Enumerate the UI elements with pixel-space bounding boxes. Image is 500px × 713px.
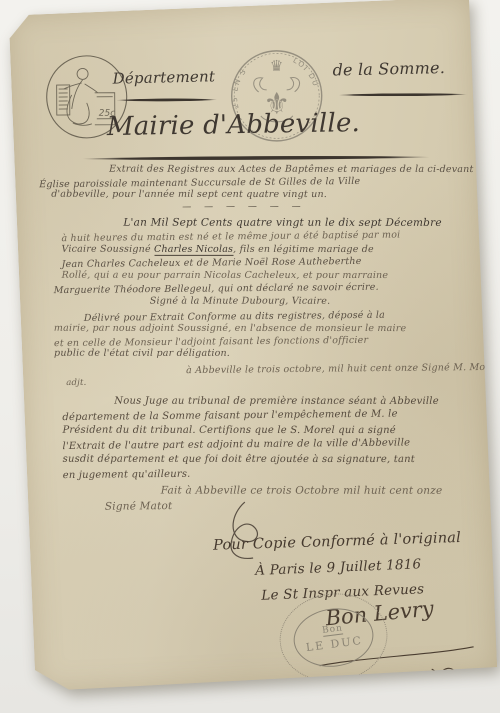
body-line: d'abbeville, pour l'année mil sept cent … [51,189,469,202]
stamp-arc-left-text: 25 EN SUS [226,44,248,110]
title-underline-flourish [83,155,429,161]
body-line-post: , fils en légitime mariage de [233,243,374,254]
closing-dateline: Fait à Abbeville ce trois Octobre mil hu… [161,485,471,499]
place-date-line: À Paris le 9 Juillet 1816 [255,554,481,579]
stamp-arc-right-text: LOI DU [292,55,321,88]
marginal-note: adjt. [66,375,470,390]
minute-signature-line: Signé à la Minute Dubourg, Vicaire. [150,294,470,307]
svg-text:25 EN SUS: 25 EN SUS [226,44,248,110]
document-body: Extrait des Registres aux Actes de Baptê… [37,163,471,513]
dateline: à Abbeville le trois octobre, mil huit c… [186,362,470,377]
crown-icon: ♛ [270,57,284,75]
body-line: en jugement qu'ailleurs. [63,465,471,484]
body-line-pre: Vicaire Soussigné [61,243,154,254]
paragraph-delivrance: Délivré pour Extrait Conforme au dits re… [38,309,470,389]
oval-stamp-line1: Bon [322,623,344,637]
paper-sheet: 25c Département ♛ ⚜ [9,0,498,691]
paragraph-acte: L'an Mil Sept Cents quatre vingt un le d… [37,215,469,308]
dash-divider: — — — — — — [182,200,469,212]
child-name-underlined: Charles Nicolas [154,243,233,255]
oval-stamp-line2: LE DUC [305,634,364,654]
svg-text:LOI DU: LOI DU [292,55,321,88]
paper-content: 25c Département ♛ ⚜ [20,5,486,683]
underline-flourish [117,98,217,102]
paragraph-tribunal: Nous Juge au tribunal de première instan… [38,393,470,483]
paper-shadow: 25c Département ♛ ⚜ [0,0,500,713]
certification-block: Pour Copie Conformé à l'original À Paris… [191,533,481,601]
page-title: Mairie d'Abbeville. [107,108,361,142]
department-name: de la Somme. [332,58,445,80]
body-line: public de l'état civil par déligation. [54,348,470,361]
scanned-document-page: 25c Département ♛ ⚜ [0,0,500,713]
department-label: Département [112,67,215,87]
underline-flourish [339,93,467,97]
oval-stamp-le-duc: Bon LE DUC [274,587,392,688]
paragraph-extrait: Extrait des Registres aux Actes de Baptê… [37,163,469,213]
